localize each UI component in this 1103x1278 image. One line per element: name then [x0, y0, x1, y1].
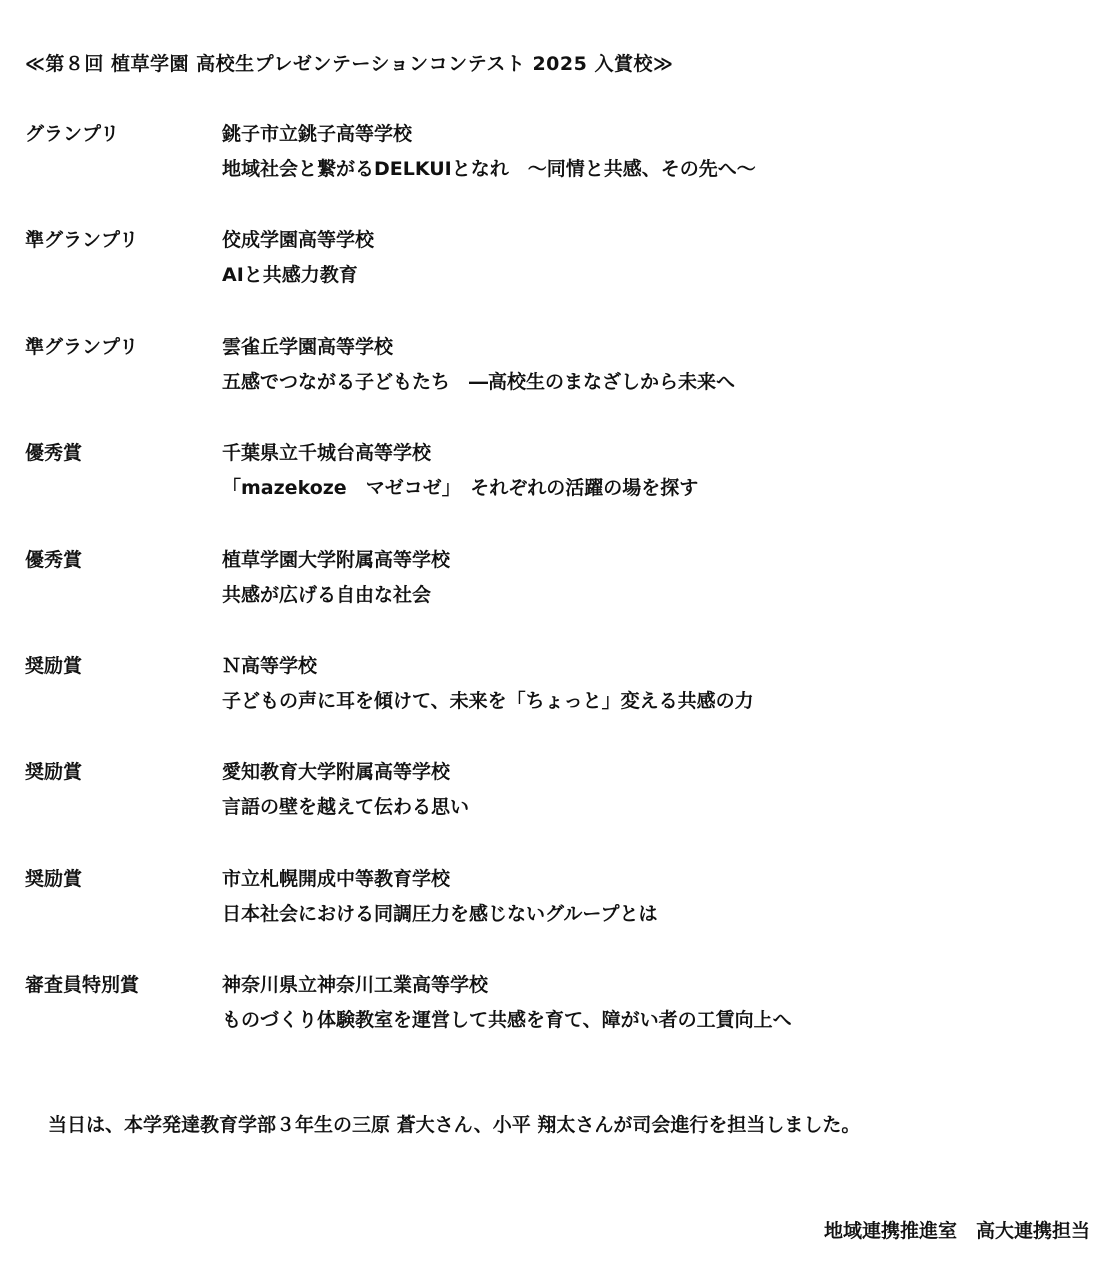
award-label: グランプリ — [25, 120, 119, 148]
award-label: 奨励賞 — [25, 865, 82, 893]
award-entry: 準グランプリ 佼成学園高等学校 AIと共感力教育 — [0, 226, 1103, 332]
award-theme: ものづくり体験教室を運営して共感を育て、障がい者の工賃向上へ — [222, 1006, 792, 1034]
award-school: Ｎ高等学校 — [222, 652, 317, 680]
award-entry: 審査員特別賞 神奈川県立神奈川工業高等学校 ものづくり体験教室を運営して共感を育… — [0, 971, 1103, 1077]
award-entry: 準グランプリ 雲雀丘学園高等学校 五感でつながる子どもたち ―高校生のまなざしか… — [0, 333, 1103, 439]
award-entry: 奨励賞 愛知教育大学附属高等学校 言語の壁を越えて伝わる思い — [0, 758, 1103, 864]
award-school: 愛知教育大学附属高等学校 — [222, 758, 450, 786]
award-theme: AIと共感力教育 — [222, 261, 358, 289]
award-label: 優秀賞 — [25, 546, 82, 574]
signature: 地域連携推進室 高大連携担当 — [824, 1217, 1090, 1245]
awards-list: グランプリ 銚子市立銚子高等学校 地域社会と繋がるDELKUIとなれ ～同情と共… — [0, 120, 1103, 1078]
award-label: 奨励賞 — [25, 652, 82, 680]
award-label: 審査員特別賞 — [25, 971, 139, 999]
award-theme: 「mazekoze マゼコゼ」 それぞれの活躍の場を探す — [222, 474, 698, 502]
award-label: 準グランプリ — [25, 226, 138, 254]
award-label: 準グランプリ — [25, 333, 138, 361]
award-theme: 地域社会と繋がるDELKUIとなれ ～同情と共感、その先へ～ — [222, 155, 756, 183]
award-theme: 言語の壁を越えて伝わる思い — [222, 793, 469, 821]
award-theme: 共感が広げる自由な社会 — [222, 581, 431, 609]
award-entry: グランプリ 銚子市立銚子高等学校 地域社会と繋がるDELKUIとなれ ～同情と共… — [0, 120, 1103, 226]
award-entry: 優秀賞 植草学園大学附属高等学校 共感が広げる自由な社会 — [0, 546, 1103, 652]
award-school: 雲雀丘学園高等学校 — [222, 333, 393, 361]
award-theme: 子どもの声に耳を傾けて、未来を「ちょっと」変える共感の力 — [222, 687, 754, 715]
award-school: 千葉県立千城台高等学校 — [222, 439, 431, 467]
award-theme: 日本社会における同調圧力を感じないグループとは — [222, 900, 657, 928]
award-school: 佼成学園高等学校 — [222, 226, 374, 254]
award-school: 植草学園大学附属高等学校 — [222, 546, 450, 574]
footer-note: 当日は、本学発達教育学部３年生の三原 蒼大さん、小平 翔太さんが司会進行を担当し… — [48, 1111, 860, 1139]
award-entry: 優秀賞 千葉県立千城台高等学校 「mazekoze マゼコゼ」 それぞれの活躍の… — [0, 439, 1103, 545]
award-school: 市立札幌開成中等教育学校 — [222, 865, 450, 893]
award-entry: 奨励賞 市立札幌開成中等教育学校 日本社会における同調圧力を感じないグループとは — [0, 865, 1103, 971]
award-school: 銚子市立銚子高等学校 — [222, 120, 412, 148]
award-label: 奨励賞 — [25, 758, 82, 786]
award-label: 優秀賞 — [25, 439, 82, 467]
award-entry: 奨励賞 Ｎ高等学校 子どもの声に耳を傾けて、未来を「ちょっと」変える共感の力 — [0, 652, 1103, 758]
award-school: 神奈川県立神奈川工業高等学校 — [222, 971, 488, 999]
award-theme: 五感でつながる子どもたち ―高校生のまなざしから未来へ — [222, 368, 735, 396]
document-title: ≪第８回 植草学園 高校生プレゼンテーションコンテスト 2025 入賞校≫ — [25, 50, 673, 78]
